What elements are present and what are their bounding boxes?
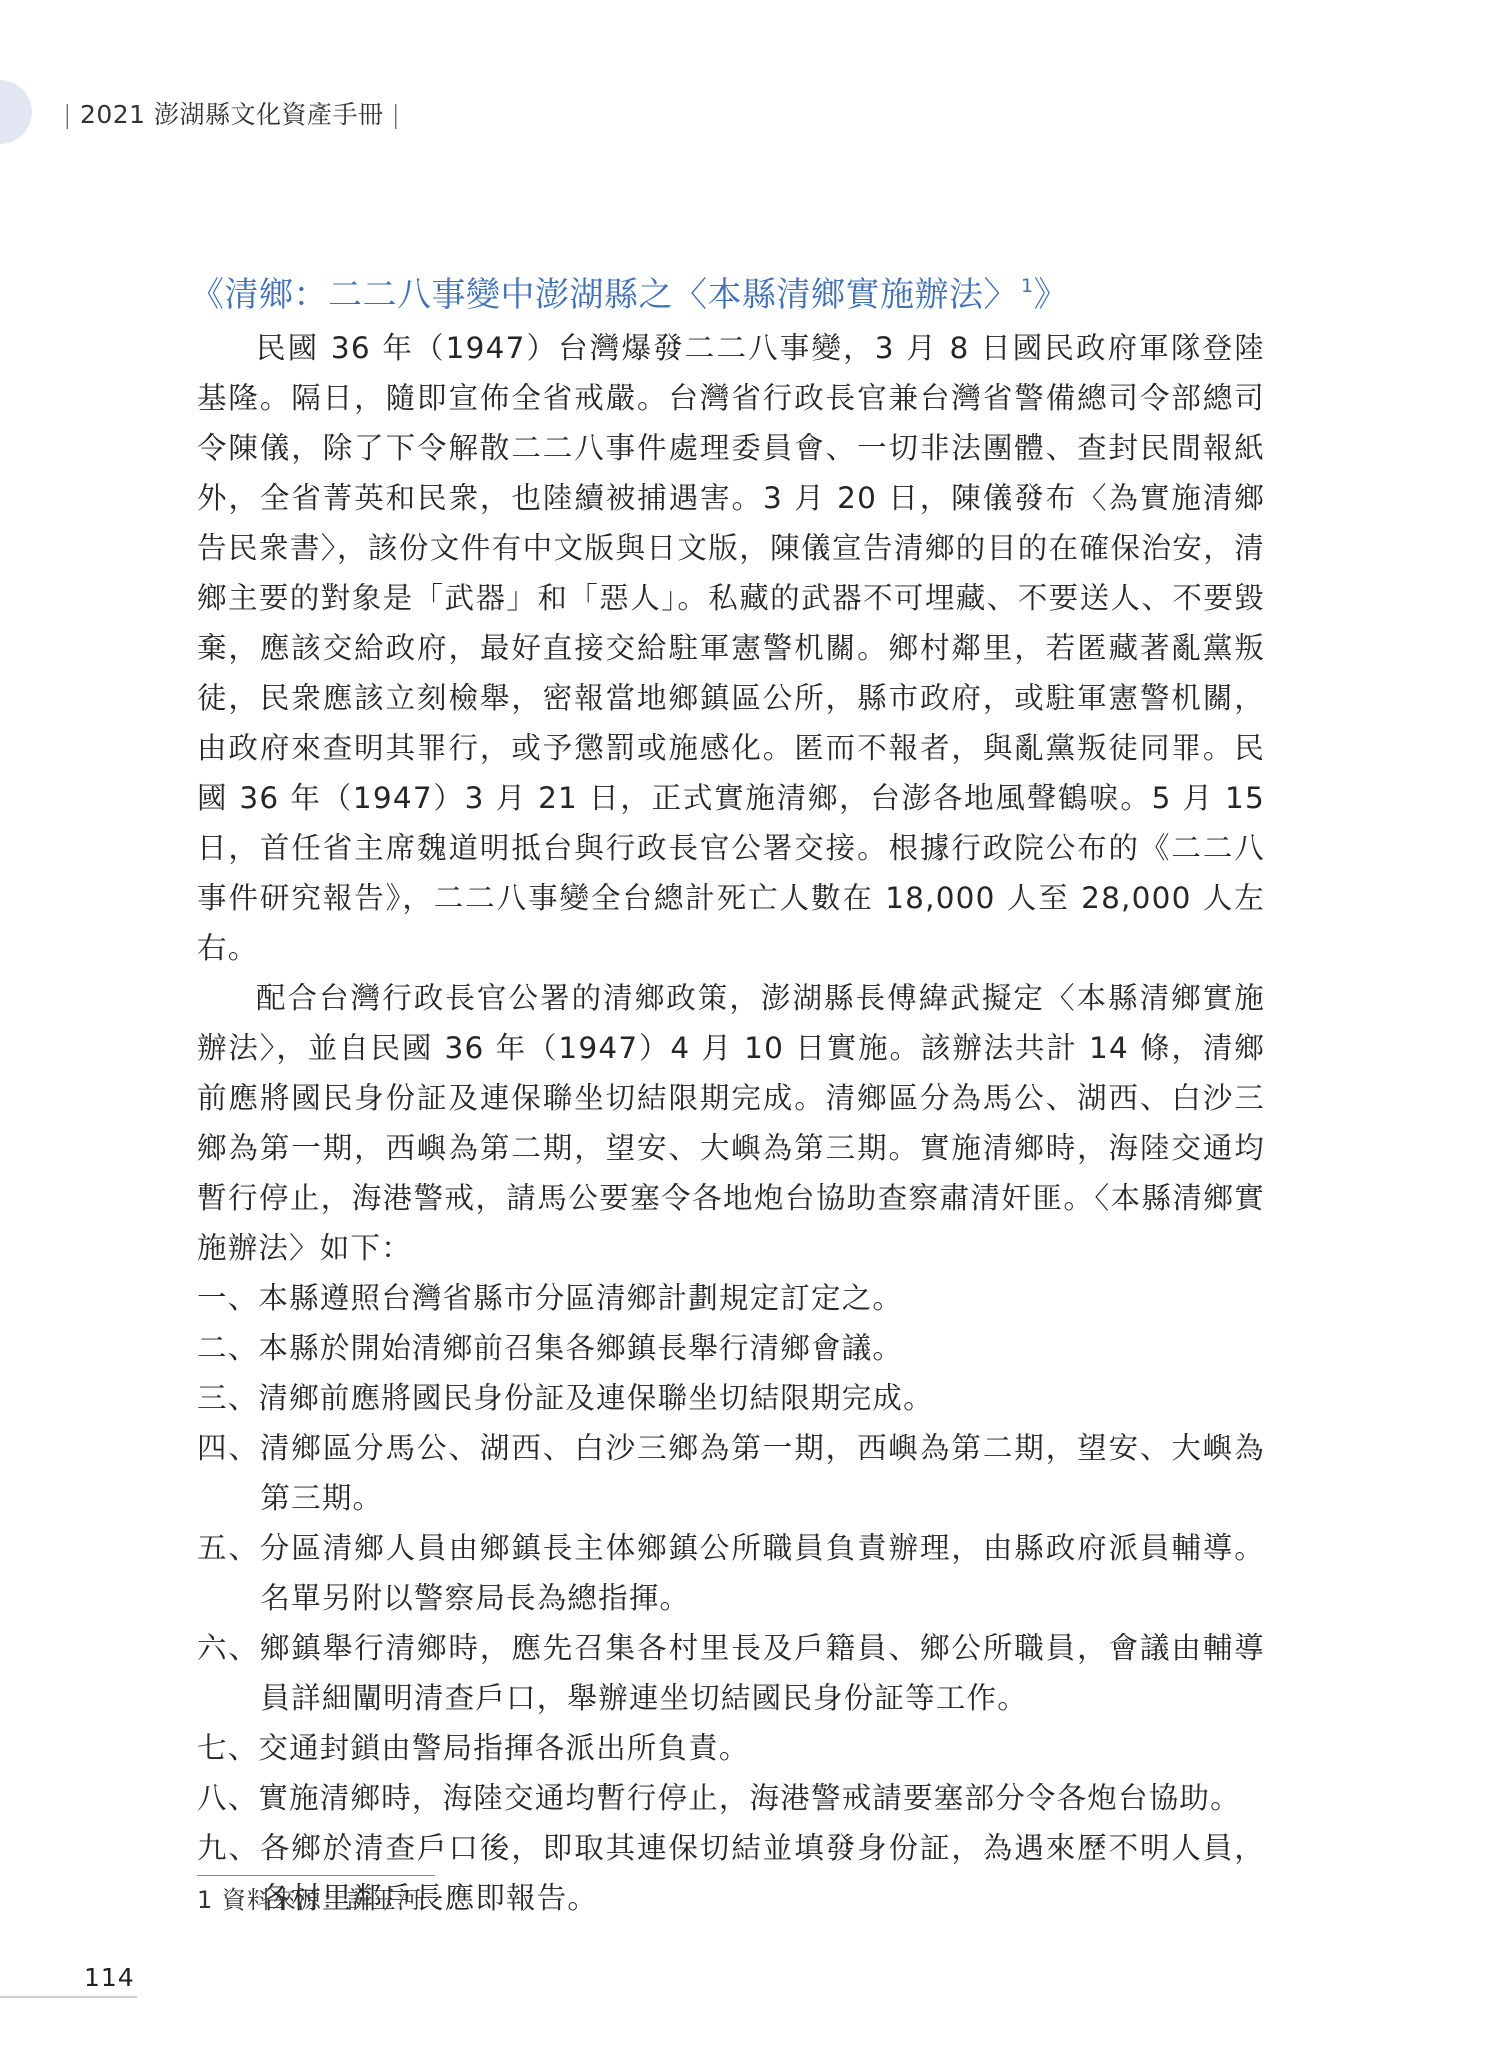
list-item-text: 實施清鄉時，海陸交通均暫行停止，海港警戒請要塞部分令各炮台協助。 xyxy=(258,1781,1240,1815)
list-item-number: 八、 xyxy=(197,1781,258,1815)
list-item: 六、鄉鎮舉行清鄉時，應先召集各村里長及戶籍員、鄉公所職員，會議由輔導員詳細闡明清… xyxy=(197,1623,1265,1723)
list-item-number: 一、 xyxy=(197,1281,258,1315)
list-item: 七、交通封鎖由警局指揮各派出所負責。 xyxy=(197,1723,1265,1773)
article: 《清鄉：二二八事變中澎湖縣之〈本縣清鄉實施辦法〉1》 民國 36 年（1947）… xyxy=(197,258,1265,1923)
list-item-number: 六、 xyxy=(197,1631,260,1665)
list-item: 八、實施清鄉時，海陸交通均暫行停止，海港警戒請要塞部分令各炮台協助。 xyxy=(197,1773,1265,1823)
footnote: 1 資料來源：許玉河 xyxy=(197,1880,422,1915)
list-item: 二、本縣於開始清鄉前召集各鄉鎮長舉行清鄉會議。 xyxy=(197,1323,1265,1373)
list-item-number: 二、 xyxy=(197,1331,258,1365)
list-item: 一、本縣遵照台灣省縣市分區清鄉計劃規定訂定之。 xyxy=(197,1273,1265,1323)
list-item-text: 清鄉前應將國民身份証及連保聯坐切結限期完成。 xyxy=(258,1381,933,1415)
header-separator-right: | xyxy=(384,100,409,129)
article-title-close: 》 xyxy=(1034,275,1069,315)
list-item: 五、分區清鄉人員由鄉鎮長主体鄉鎮公所職員負責辦理，由縣政府派員輔導。名單另附以警… xyxy=(197,1523,1265,1623)
running-header: |2021 澎湖縣文化資產手冊| xyxy=(55,95,408,131)
paragraph-2: 配合台灣行政長官公署的清鄉政策，澎湖縣長傅緯武擬定〈本縣清鄉實施辦法〉，並自民國… xyxy=(197,973,1265,1273)
list-item-number: 五、 xyxy=(197,1531,260,1565)
article-title-text: 《清鄉：二二八事變中澎湖縣之〈本縣清鄉實施辦法〉 xyxy=(190,275,1018,315)
list-item-text: 鄉鎮舉行清鄉時，應先召集各村里長及戶籍員、鄉公所職員，會議由輔導員詳細闡明清查戶… xyxy=(260,1631,1265,1715)
list-item: 四、清鄉區分馬公、湖西、白沙三鄉為第一期，西嶼為第二期，望安、大嶼為第三期。 xyxy=(197,1423,1265,1523)
list-item-text: 本縣遵照台灣省縣市分區清鄉計劃規定訂定之。 xyxy=(258,1281,903,1315)
list-item: 三、清鄉前應將國民身份証及連保聯坐切結限期完成。 xyxy=(197,1373,1265,1423)
list-item-number: 九、 xyxy=(197,1831,260,1865)
running-header-title: 2021 澎湖縣文化資產手冊 xyxy=(80,100,384,129)
list-item-text: 分區清鄉人員由鄉鎮長主体鄉鎮公所職員負責辦理，由縣政府派員輔導。名單另附以警察局… xyxy=(260,1531,1265,1615)
footnote-divider xyxy=(197,1875,435,1876)
article-title: 《清鄉：二二八事變中澎湖縣之〈本縣清鄉實施辦法〉1》 xyxy=(190,258,1265,323)
header-accent-circle xyxy=(0,80,32,144)
list-item-number: 四、 xyxy=(197,1431,260,1465)
list-item-text: 本縣於開始清鄉前召集各鄉鎮長舉行清鄉會議。 xyxy=(258,1331,903,1365)
page-number: 114 xyxy=(84,1963,135,1992)
list-item-number: 三、 xyxy=(197,1381,258,1415)
list-item-number: 七、 xyxy=(197,1731,258,1765)
page-number-rule xyxy=(0,1996,137,1998)
list-item-text: 清鄉區分馬公、湖西、白沙三鄉為第一期，西嶼為第二期，望安、大嶼為第三期。 xyxy=(260,1431,1265,1515)
footnote-reference[interactable]: 1 xyxy=(1021,275,1034,297)
paragraph-1: 民國 36 年（1947）台灣爆發二二八事變，3 月 8 日國民政府軍隊登陸基隆… xyxy=(197,323,1265,973)
regulations-list: 一、本縣遵照台灣省縣市分區清鄉計劃規定訂定之。 二、本縣於開始清鄉前召集各鄉鎮長… xyxy=(197,1273,1265,1923)
list-item-text: 交通封鎖由警局指揮各派出所負責。 xyxy=(258,1731,749,1765)
header-separator-left: | xyxy=(55,100,80,129)
